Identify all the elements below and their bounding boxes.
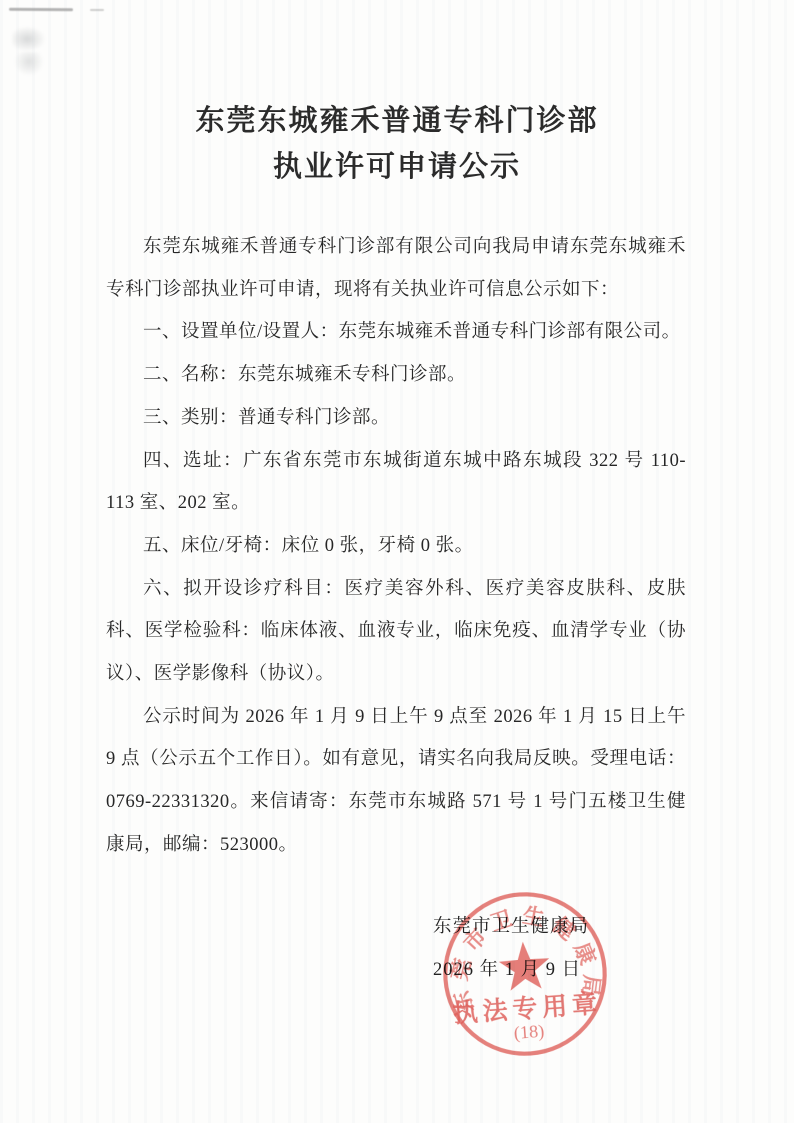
item-4-location: 四、选址：广东省东莞市东城街道东城中路东城段 322 号 110-113 室、2… (106, 440, 686, 525)
stamp-label: 执法专用章 (452, 989, 603, 1028)
scan-artifact-line (9, 8, 73, 11)
item-5-beds-chairs: 五、床位/牙椅：床位 0 张，牙椅 0 张。 (106, 525, 686, 568)
item-1-setter: 一、设置单位/设置人：东莞东城雍禾普通专科门诊部有限公司。 (106, 311, 686, 354)
item-3-category: 三、类别：普通专科门诊部。 (106, 397, 686, 440)
scan-artifact-smudge (14, 52, 44, 76)
document-title: 东莞东城雍禾普通专科门诊部 执业许可申请公示 (0, 98, 794, 190)
document-body: 东莞东城雍禾普通专科门诊部有限公司向我局申请东莞东城雍禾专科门诊部执业许可申请，… (106, 226, 686, 867)
intro-paragraph: 东莞东城雍禾普通专科门诊部有限公司向我局申请东莞东城雍禾专科门诊部执业许可申请，… (106, 226, 686, 311)
stamp-number: (18) (513, 1021, 545, 1044)
signature-block: 东莞市卫生健康局 2026 年 1 月 9 日 (433, 906, 589, 992)
signature-date: 2026 年 1 月 9 日 (433, 949, 589, 992)
item-2-name: 二、名称：东莞东城雍禾专科门诊部。 (106, 354, 686, 397)
document-page: 东莞东城雍禾普通专科门诊部 执业许可申请公示 东莞东城雍禾普通专科门诊部有限公司… (0, 0, 794, 1123)
signature-org: 东莞市卫生健康局 (433, 906, 589, 949)
document-title-line1: 东莞东城雍禾普通专科门诊部 (0, 98, 794, 144)
document-title-line2: 执业许可申请公示 (0, 144, 794, 190)
notice-period-paragraph: 公示时间为 2026 年 1 月 9 日上午 9 点至 2026 年 1 月 1… (106, 696, 686, 867)
item-6-departments: 六、拟开设诊疗科目：医疗美容外科、医疗美容皮肤科、皮肤科、医学检验科：临床体液、… (106, 568, 686, 696)
scan-artifact-smudge (12, 26, 46, 52)
scan-artifact-line (90, 9, 104, 11)
